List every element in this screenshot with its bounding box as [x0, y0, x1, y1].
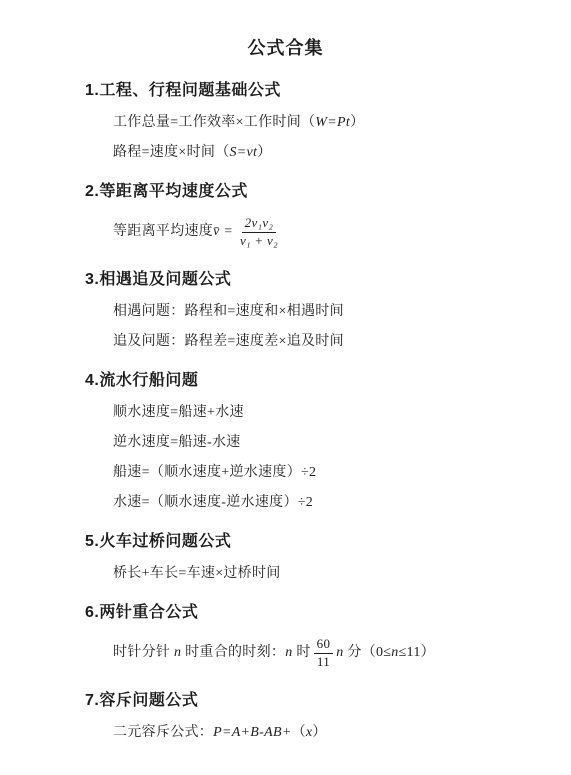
formula-section: 3.相遇追及问题公式相遇问题：路程和=速度和×相遇时间追及问题：路程差=速度差×…: [0, 270, 571, 350]
fraction-denominator: 11: [317, 654, 330, 670]
section-heading: 3.相遇追及问题公式: [85, 270, 571, 290]
formula-section: 7.容斥问题公式二元容斥公式：P=A+B-AB+（x）: [0, 691, 571, 741]
chinese-text: 相遇问题：路程和=速度和×相遇时间: [113, 304, 344, 319]
document-page: 公式合集 1.工程、行程问题基础公式工作总量=工作效率×工作时间（W=Pt）路程…: [0, 0, 571, 775]
fraction-denominator: v₁ + v₂: [240, 233, 278, 249]
chinese-text: 分（0≤: [344, 645, 392, 660]
chinese-text: ≤11）: [399, 645, 435, 660]
chinese-text: ）: [350, 115, 364, 130]
formula-line: 路程=速度×时间（S=vt）: [113, 144, 571, 161]
chinese-text: ）: [257, 145, 271, 160]
formula-line: 顺水速度=船速+水速: [113, 404, 571, 421]
section-heading: 1.工程、行程问题基础公式: [85, 81, 571, 101]
chinese-text: （: [292, 725, 306, 740]
chinese-text: 船速=（顺水速度+逆水速度）÷2: [113, 465, 316, 480]
formula-line: 逆水速度=船速-水速: [113, 434, 571, 451]
section-heading: 7.容斥问题公式: [85, 691, 571, 711]
chinese-text: 工作总量=工作效率×工作时间（: [113, 115, 315, 130]
chinese-text: 时重合的时刻：: [181, 645, 285, 660]
sections-container: 1.工程、行程问题基础公式工作总量=工作效率×工作时间（W=Pt）路程=速度×时…: [0, 81, 571, 741]
formula-section: 1.工程、行程问题基础公式工作总量=工作效率×工作时间（W=Pt）路程=速度×时…: [0, 81, 571, 161]
chinese-text: 逆水速度=船速-水速: [113, 435, 241, 450]
math-text: P=A+B-AB+: [213, 725, 291, 740]
math-text: v̄ =: [213, 224, 237, 239]
chinese-text: 等距离平均速度: [113, 224, 213, 239]
math-text: n: [285, 645, 292, 660]
formula-line: 追及问题：路程差=速度差×追及时间: [113, 333, 571, 350]
formula-line: 水速=（顺水速度-逆水速度）÷2: [113, 494, 571, 511]
chinese-text: 路程=速度×时间（: [113, 145, 230, 160]
formula-line: 相遇问题：路程和=速度和×相遇时间: [113, 303, 571, 320]
fraction-numerator: 2v₁v₂: [242, 215, 277, 233]
chinese-text: 桥长+车长=车速×过桥时间: [113, 566, 281, 581]
fraction: 2v₁v₂v₁ + v₂: [240, 215, 278, 249]
fraction-numerator: 60: [314, 636, 334, 654]
section-heading: 5.火车过桥问题公式: [85, 532, 571, 552]
formula-line: 桥长+车长=车速×过桥时间: [113, 565, 571, 582]
formula-section: 6.两针重合公式时针分针 n 时重合的时刻：n 时6011n 分（0≤n≤11）: [0, 603, 571, 670]
chinese-text: 时: [293, 645, 311, 660]
chinese-text: 顺水速度=船速+水速: [113, 405, 244, 420]
formula-section: 2.等距离平均速度公式等距离平均速度v̄ = 2v₁v₂v₁ + v₂: [0, 182, 571, 249]
math-text: S=vt: [230, 145, 258, 160]
fraction: 6011: [314, 636, 334, 670]
formula-line: 船速=（顺水速度+逆水速度）÷2: [113, 464, 571, 481]
formula-section: 5.火车过桥问题公式桥长+车长=车速×过桥时间: [0, 532, 571, 582]
chinese-text: 水速=（顺水速度-逆水速度）÷2: [113, 495, 313, 510]
section-heading: 4.流水行船问题: [85, 371, 571, 391]
chinese-text: 时针分针: [113, 645, 174, 660]
math-text: W=Pt: [315, 115, 350, 130]
section-heading: 2.等距离平均速度公式: [85, 182, 571, 202]
formula-line: 时针分针 n 时重合的时刻：n 时6011n 分（0≤n≤11）: [113, 636, 571, 670]
chinese-text: 二元容斥公式：: [113, 725, 213, 740]
math-text: n: [391, 645, 398, 660]
section-heading: 6.两针重合公式: [85, 603, 571, 623]
formula-line: 二元容斥公式：P=A+B-AB+（x）: [113, 724, 571, 741]
formula-line: 工作总量=工作效率×工作时间（W=Pt）: [113, 114, 571, 131]
chinese-text: 追及问题：路程差=速度差×追及时间: [113, 334, 344, 349]
math-text: n: [336, 645, 343, 660]
page-title: 公式合集: [0, 36, 571, 60]
formula-line: 等距离平均速度v̄ = 2v₁v₂v₁ + v₂: [113, 215, 571, 249]
chinese-text: ）: [312, 725, 326, 740]
formula-section: 4.流水行船问题顺水速度=船速+水速逆水速度=船速-水速船速=（顺水速度+逆水速…: [0, 371, 571, 511]
